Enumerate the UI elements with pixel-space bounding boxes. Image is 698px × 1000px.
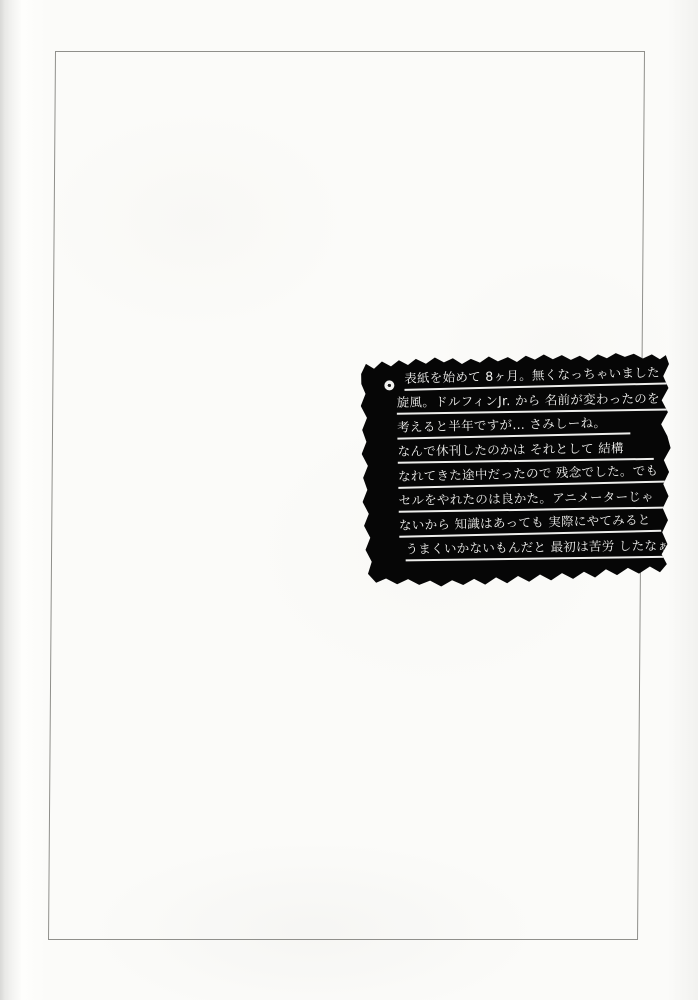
dot-circle-icon <box>384 380 394 390</box>
note-line: なれてきた途中だったので 残念でした。でも <box>398 462 669 488</box>
note-line: うまくいかないもんだと 最初は苦労 したなぁ… <box>405 537 683 561</box>
note-line: なんで休刊したのかは それとして 結構 <box>398 439 654 463</box>
note-line: ないから 知識はあっても 実際にやてみると <box>399 512 661 538</box>
spine-shadow-gradient <box>0 0 46 1000</box>
scanned-page: 表紙を始めて 8ヶ月。無くなっちゃいました 旋風。ドルフィンJr. から 名前が… <box>0 0 698 1000</box>
note-line: 考えると半年ですが… さみしーね。 <box>397 414 630 439</box>
note-line: 表紙を始めて 8ヶ月。無くなっちゃいました <box>404 364 670 390</box>
note-text-block: 表紙を始めて 8ヶ月。無くなっちゃいました 旋風。ドルフィンJr. から 名前が… <box>396 365 670 566</box>
note-line: セルをやれたのは良かた。アニメーターじゃ <box>398 488 670 512</box>
right-edge-shade <box>668 0 698 1000</box>
handwritten-note-card: 表紙を始めて 8ヶ月。無くなっちゃいました 旋風。ドルフィンJr. から 名前が… <box>358 350 674 590</box>
note-line: 旋風。ドルフィンJr. から 名前が変わったのを <box>397 390 670 414</box>
